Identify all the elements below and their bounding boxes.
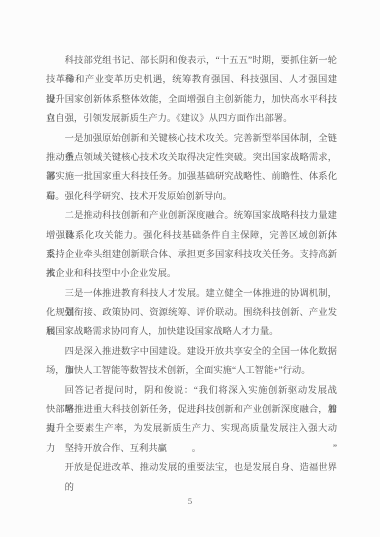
text-line: 化规划衔接、政策协同、资源统筹、评价联动。围绕科技创新、产业发展 xyxy=(46,304,337,323)
text-line: 术企业和科技型中小企业发展。 xyxy=(46,265,337,284)
text-line: 科技部党组书记、部长阴和俊表示，“十五五”时期，要抓住新一轮科 xyxy=(46,52,337,71)
text-line: 二是推动科技创新和产业创新深度融合。统筹国家战略科技力量建设， xyxy=(46,207,337,226)
text-line: 四是深入推进数字中国建设。建设开放共享安全的全国一体化数据市 xyxy=(46,343,337,362)
text-line: 开放是促进改革、推动发展的重要法宝，也是发展自身、造福世界的 xyxy=(46,459,337,478)
text-line: 推动重点领域关键核心技术攻关取得决定性突破。突出国家战略需求，部 xyxy=(46,149,337,168)
text-line: 回答记者提问时，阴和俊说：“我们将深入实施创新驱动发展战略，加 xyxy=(46,382,337,401)
text-line: 立自强，引领发展新质生产力。《建议》从四方面作出部署。 xyxy=(46,110,337,129)
text-line: 局。强化科学研究、技术开发原始创新导向。 xyxy=(46,188,337,207)
text-line: 署实施一批国家重大科技任务。加强基础研究战略性、前瞻性、体系化布 xyxy=(46,168,337,187)
text-line: 一是加强原始创新和关键核心技术攻关。完善新型举国体制，全链条 xyxy=(46,130,337,149)
text-line: 三是一体推进教育科技人才发展。建立健全一体推进的协调机制，强 xyxy=(46,285,337,304)
page-number: 5 xyxy=(0,496,380,506)
text-line: 支持企业牵头组建创新联合体、承担更多国家科技攻关任务。支持高新技 xyxy=(46,246,337,265)
text-line: 场，加快人工智能等数智技术创新，全面实施“人工智能+”行动。 xyxy=(46,362,337,381)
text-line: 快部署推进重大科技创新任务，促进科技创新和产业创新深度融合，着力 xyxy=(46,401,337,420)
text-line: 增强体系化攻关能力。强化科技基础条件自主保障，完善区域创新体系。 xyxy=(46,227,337,246)
text-line: 技革命和产业变革历史机遇，统筹教育强国、科技强国、人才强国建设， xyxy=(46,71,337,90)
text-line: 提升国家创新体系整体效能，全面增强自主创新能力，加快高水平科技自 xyxy=(46,91,337,110)
text-line: 提升全要素生产率，为发展新质生产力、实现高质量发展注入强大动力。” xyxy=(46,420,337,439)
text-line: 和国家战略需求协同育人，加快建设国家战略人才力量。 xyxy=(46,323,337,342)
document-page: 科技部党组书记、部长阴和俊表示，“十五五”时期，要抓住新一轮科技革命和产业变革历… xyxy=(0,0,380,537)
article-body: 科技部党组书记、部长阴和俊表示，“十五五”时期，要抓住新一轮科技革命和产业变革历… xyxy=(46,52,337,479)
